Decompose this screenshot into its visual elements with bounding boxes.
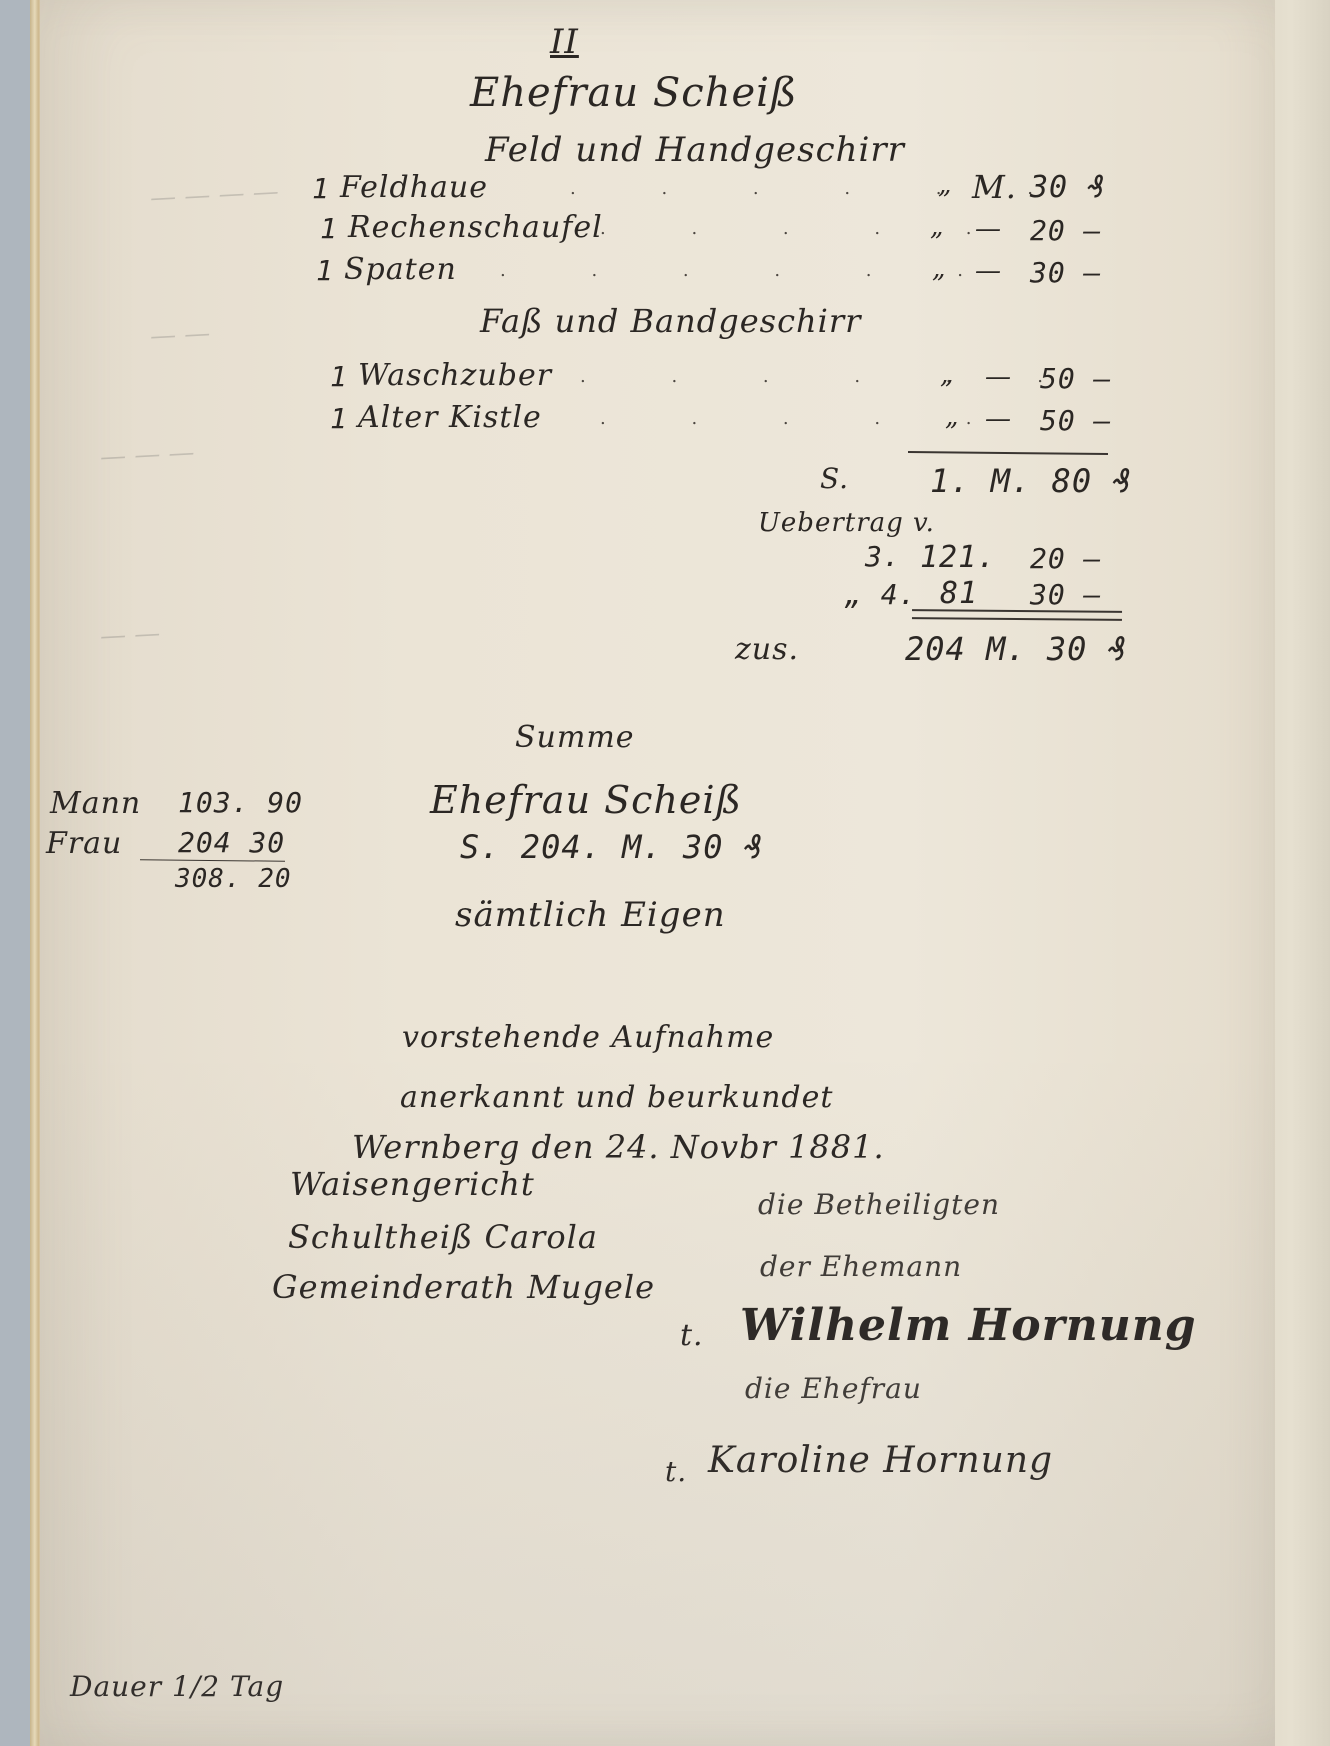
carry-ref: 3. (865, 540, 901, 573)
bleed-through: — — — — (149, 177, 279, 214)
total-value: 204 M. 30 ₰ (905, 630, 1128, 668)
margin-sum-rule (140, 859, 285, 862)
item-unit: — (975, 214, 1002, 244)
ditto-mark: „ (930, 212, 944, 242)
subtotal-label: S. (820, 462, 849, 495)
ditto-mark: „ (938, 170, 952, 200)
section-title: Faß und Bandgeschirr (480, 302, 861, 340)
carry-over-label: Uebertrag v. (758, 508, 935, 538)
item-name: Rechenschaufel (348, 210, 603, 245)
wife-label: die Ehefrau (745, 1372, 922, 1405)
duration-note: Dauer 1/2 Tag (70, 1670, 284, 1703)
subtotal-rule (908, 451, 1108, 455)
official-councillor: Gemeinderath Mugele (272, 1268, 655, 1306)
item-amount: 30 — (1030, 256, 1101, 289)
total-label: zus. (735, 632, 799, 667)
item-name: Alter Kistle (358, 400, 542, 435)
subtotal-value: 1. M. 80 ₰ (930, 462, 1133, 500)
leader-dots: . . . . . . . (500, 260, 1094, 281)
place-date: Wernberg den 24. Novbr 1881. (352, 1128, 885, 1166)
document-heading: Ehefrau Scheiß (470, 70, 798, 116)
husband-signature: Wilhelm Hornung (740, 1300, 1196, 1351)
margin-value-wife: 204 30 (178, 826, 285, 859)
page-number: II (550, 22, 579, 62)
leader-dots: . . . . . . (600, 408, 1103, 429)
item-qty: 1 (316, 254, 334, 287)
margin-sum-result: 308. 20 (175, 864, 292, 894)
wife-mark: t. (665, 1455, 687, 1488)
margin-label-husband: Mann (50, 786, 141, 821)
carry-marks: 81 (940, 576, 978, 611)
item-qty: 1 (330, 360, 348, 393)
section-title: Feld und Handgeschirr (485, 130, 905, 170)
item-unit: — (985, 362, 1012, 392)
parties-intro: die Betheiligten (758, 1188, 1000, 1221)
item-unit: — (985, 404, 1012, 434)
carry-pf: 20 — (1030, 542, 1101, 575)
summary-ownership: sämtlich Eigen (455, 895, 726, 935)
item-amount: 50 — (1040, 404, 1111, 437)
ditto-mark: „ (945, 402, 959, 432)
husband-label: der Ehemann (760, 1250, 962, 1283)
margin-label-wife: Frau (46, 826, 122, 861)
official-court: Waisengericht (290, 1165, 535, 1203)
attestation-line-2: anerkannt und beurkundet (400, 1080, 833, 1115)
carry-pf: 30 — (1030, 578, 1101, 611)
item-amount: 20 — (1030, 214, 1101, 247)
item-qty: 1 (330, 402, 348, 435)
leader-dots: . . . . . . (570, 178, 1073, 199)
item-name: Feldhaue (340, 170, 488, 205)
carry-ref: „ 4. (845, 578, 916, 611)
official-mayor: Schultheiß Carola (288, 1218, 598, 1256)
carry-marks: 121. (920, 540, 996, 575)
wife-signature: Karoline Hornung (708, 1440, 1053, 1481)
item-qty: 1 (312, 172, 330, 205)
summary-name: Ehefrau Scheiß (430, 778, 742, 822)
attestation-line-1: vorstehende Aufnahme (402, 1020, 774, 1055)
ditto-mark: „ (940, 360, 954, 390)
leader-dots: . . . . . (600, 218, 1012, 239)
total-double-rule (912, 609, 1122, 621)
item-amount: 30 ₰ (1030, 170, 1106, 205)
item-qty: 1 (320, 212, 338, 245)
ditto-mark: „ (932, 254, 946, 284)
summary-title: Summe (515, 720, 635, 755)
bleed-through: — — — (99, 438, 195, 473)
item-name: Waschzuber (358, 358, 552, 393)
margin-value-husband: 103. 90 (178, 786, 303, 819)
bleed-through: — — (149, 318, 211, 351)
summary-amount: S. 204. M. 30 ₰ (460, 828, 764, 866)
husband-mark: t. (680, 1318, 704, 1353)
leader-dots: . . . . . . (580, 366, 1083, 387)
item-unit: — (975, 256, 1002, 286)
item-unit: M. (972, 168, 1017, 206)
item-amount: 50 — (1040, 362, 1111, 395)
document-page: — — — — — — — — — — — II Ehefrau Scheiß … (40, 0, 1275, 1746)
item-name: Spaten (344, 252, 457, 287)
bleed-through: — — (99, 618, 161, 651)
